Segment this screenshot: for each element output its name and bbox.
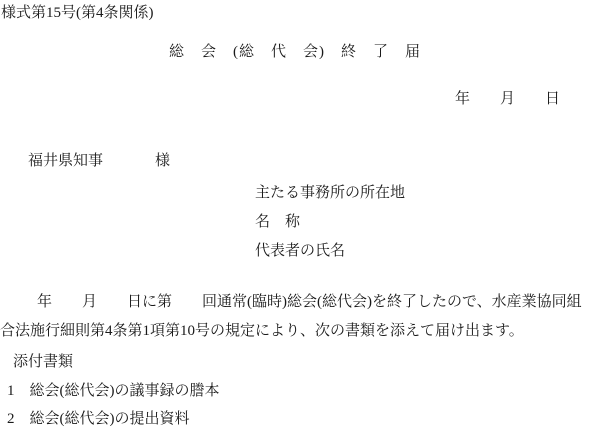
addressee-honorific: 様 <box>155 153 170 169</box>
attachments-heading: 添付書類 <box>13 353 73 372</box>
attachment-item-2: 2 総会(総代会)の提出資料 <box>7 410 190 429</box>
body-line-1: 年 月 日に第 回通常(臨時)総会(総代会)を終了したので、水産業協同組 <box>37 293 582 312</box>
form-page: 様式第15号(第4条関係) 総 会 (総 代 会) 終 了 届 年 月 日 福井… <box>0 0 590 429</box>
addressee-line: 福井県知事様 <box>13 133 170 189</box>
body-line-2: 合法施行細則第4条第1項第10号の規定により、次の書類を添えて届け出ます。 <box>0 322 524 341</box>
form-number: 様式第15号(第4条関係) <box>1 4 154 23</box>
addressee-name: 福井県知事 <box>28 153 103 169</box>
date-line: 年 月 日 <box>455 90 560 109</box>
office-address-label: 主たる事務所の所在地 <box>255 184 405 203</box>
attachment-item-1: 1 総会(総代会)の議事録の謄本 <box>7 382 220 401</box>
document-title: 総 会 (総 代 会) 終 了 届 <box>0 43 590 62</box>
organization-name-label: 名 称 <box>255 213 300 232</box>
representative-name-label: 代表者の氏名 <box>255 242 345 261</box>
